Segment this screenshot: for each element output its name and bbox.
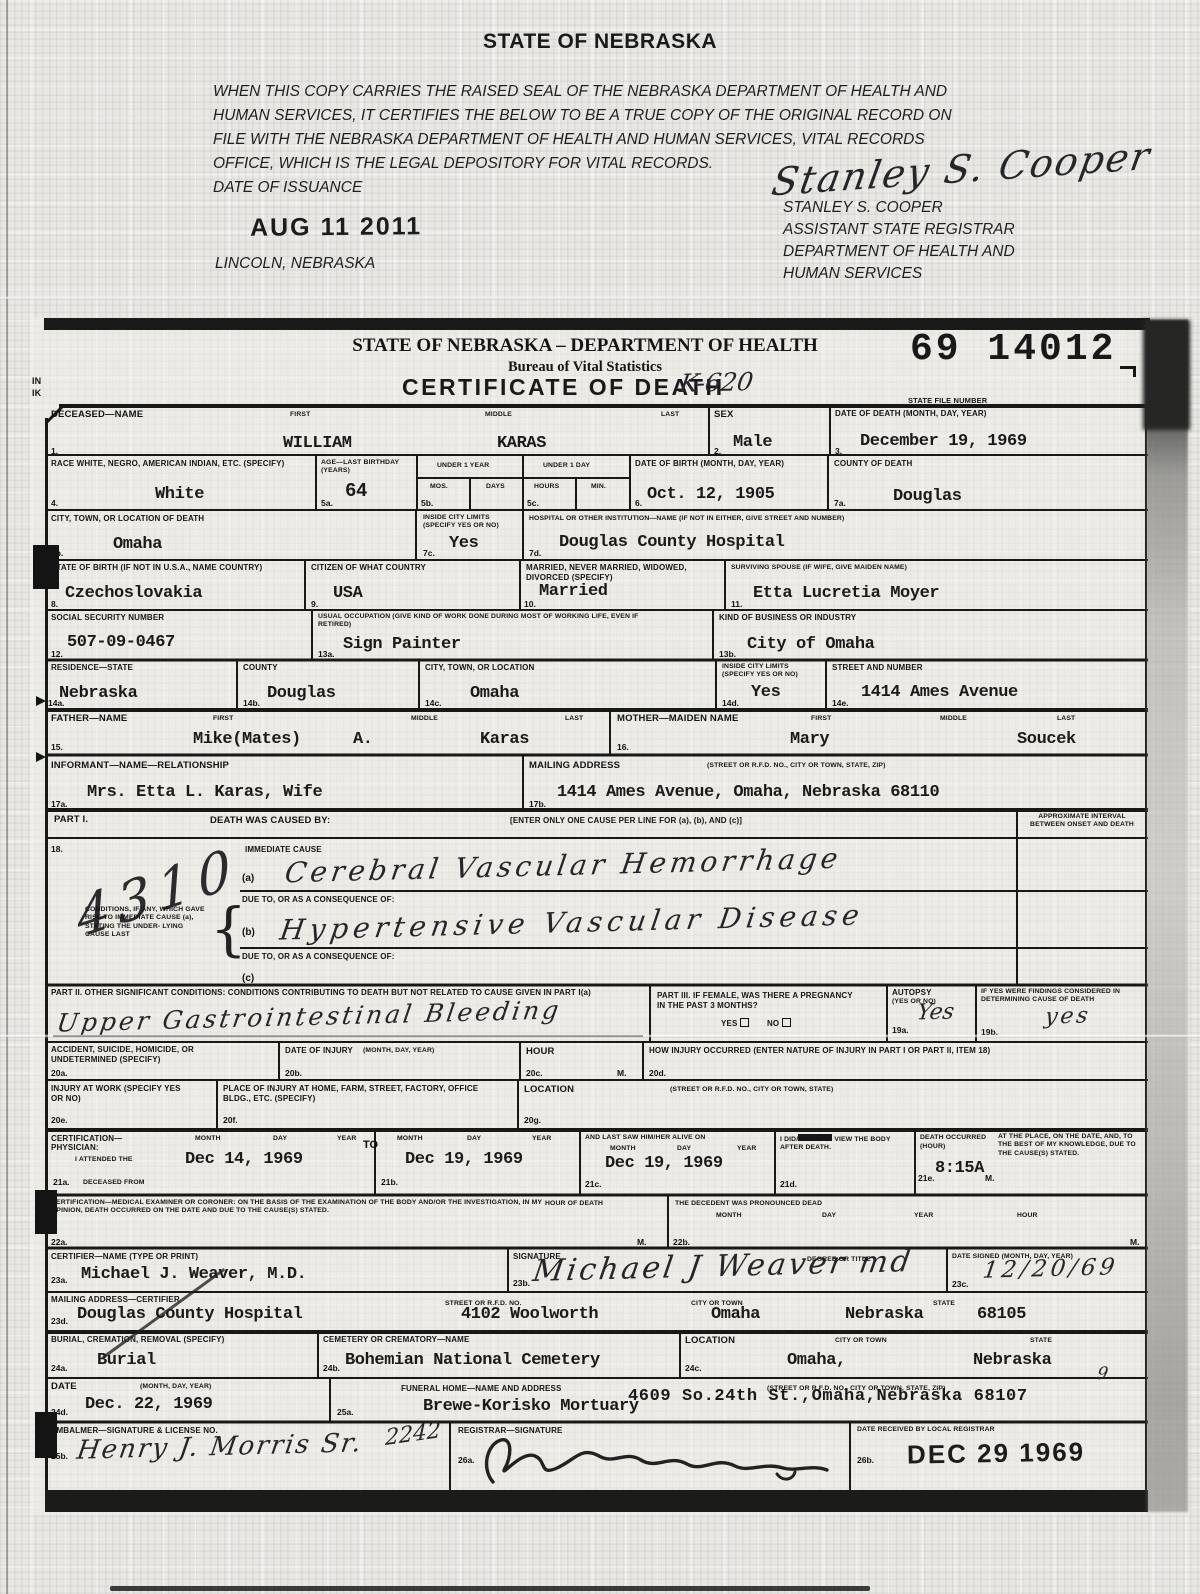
deceased-last-sublabel: LAST	[661, 411, 679, 419]
signer-name: STANLEY S. COOPER	[783, 197, 943, 219]
place-of-injury-num: 20f.	[223, 1116, 238, 1125]
state-of-birth-num: 8.	[51, 600, 58, 609]
hospital-value: Douglas County Hospital	[559, 534, 784, 551]
spouse-num: 11.	[731, 600, 742, 609]
part3-label: PART III. IF FEMALE, WAS THERE A PREGNAN…	[657, 991, 862, 1011]
mother-num: 16.	[617, 743, 629, 752]
certifier-mailing-label: MAILING ADDRESS—CERTIFIER	[51, 1295, 180, 1305]
attended-from-value: Dec 14, 1969	[185, 1151, 303, 1168]
residence-county-num: 14b.	[243, 699, 260, 708]
corner-tick-mark	[1120, 366, 1136, 377]
cp-num-c: 21c.	[585, 1180, 602, 1189]
signer-dept-1: DEPARTMENT OF HEALTH AND	[783, 241, 1015, 263]
due-to-label-2: DUE TO, OR AS A CONSEQUENCE OF:	[242, 952, 395, 962]
part1-enter-only-label: [ENTER ONLY ONE CAUSE PER LINE FOR (a), …	[510, 816, 742, 826]
date-of-death-label: DATE OF DEATH (MONTH, DAY, YEAR)	[835, 409, 987, 419]
cemetery-value: Bohemian National Cemetery	[345, 1352, 600, 1369]
me-num-a: 22a.	[51, 1238, 68, 1247]
last-saw-label: AND LAST SAW HIM/HER ALIVE ON	[585, 1134, 705, 1142]
date-signed-num: 23c.	[952, 1280, 969, 1289]
funeral-home-label: FUNERAL HOME—NAME AND ADDRESS	[401, 1384, 562, 1394]
certifier-state-label: STATE	[933, 1300, 955, 1308]
cp-num-e: 21e.	[918, 1174, 935, 1183]
inside-limits-num: 7c.	[423, 549, 435, 558]
certifier-name-value: Michael J. Weaver, M.D.	[81, 1266, 306, 1283]
cp-day-label-1: DAY	[273, 1135, 287, 1143]
location-sublabel: (STREET OR R.F.D. NO., CITY OR TOWN, STA…	[670, 1086, 833, 1094]
date-of-birth-value: Oct. 12, 1905	[647, 486, 774, 503]
embalmer-signature-script: Henry J. Morris Sr.	[75, 1430, 365, 1464]
part1-label: PART I.	[54, 814, 88, 826]
funeral-home-num: 25a.	[337, 1408, 354, 1417]
certificate-title: CERTIFICATE OF DEATH	[402, 374, 725, 401]
cp-month-label-2: MONTH	[397, 1135, 423, 1143]
father-middle-sublabel: MIDDLE	[411, 715, 438, 723]
registrar-num: 26a.	[458, 1456, 475, 1465]
burial-location-label: LOCATION	[685, 1335, 735, 1347]
findings-num: 19b.	[981, 1028, 998, 1037]
county-of-death-label: COUNTY OF DEATH	[834, 459, 912, 469]
mother-first-sublabel: FIRST	[811, 715, 831, 723]
me-day-label: DAY	[822, 1212, 836, 1220]
autopsy-handwritten: Yes	[915, 1001, 955, 1024]
pronounced-dead-label: THE DECEDENT WAS PRONOUNCED DEAD	[675, 1200, 822, 1208]
cemetery-num: 24b.	[323, 1364, 340, 1373]
father-last-sublabel: LAST	[565, 715, 583, 723]
inside-limits-value: Yes	[449, 535, 478, 552]
me-m2: M.	[1130, 1238, 1139, 1247]
cp-num-a: 21a.	[53, 1178, 70, 1187]
deceased-first-value: WILLIAM	[283, 435, 352, 452]
marital-label: MARRIED, NEVER MARRIED, WIDOWED, DIVORCE…	[526, 563, 696, 583]
last-saw-value: Dec 19, 1969	[605, 1155, 723, 1172]
no-checkbox	[782, 1018, 791, 1027]
residence-city-label: CITY, TOWN, OR LOCATION	[425, 663, 534, 673]
state-file-number-value: 69 14012	[910, 328, 1116, 371]
deceased-name-label: DECEASED—NAME	[51, 409, 143, 421]
due-to-label-1: DUE TO, OR AS A CONSEQUENCE OF:	[242, 895, 395, 905]
location-num: 20g.	[524, 1116, 541, 1125]
injury-date-num: 20b.	[285, 1069, 302, 1078]
father-first-value: Mike(Mates)	[193, 731, 301, 748]
informant-num: 17a.	[51, 800, 68, 809]
citizen-label: CITIZEN OF WHAT COUNTRY	[311, 563, 426, 573]
cp-day-label-2: DAY	[467, 1135, 481, 1143]
mother-last-value: Soucek	[1017, 731, 1076, 748]
me-year-label: YEAR	[914, 1212, 933, 1220]
ssn-label: SOCIAL SECURITY NUMBER	[51, 613, 164, 623]
certifier-street-value: 4102 Woolworth	[461, 1306, 598, 1323]
certifier-state-value: Nebraska	[845, 1306, 923, 1323]
date-received-num: 26b.	[857, 1456, 874, 1465]
certifier-mailing-num: 23d.	[51, 1317, 68, 1326]
sex-value: Male	[733, 434, 772, 451]
injury-at-work-num: 20e.	[51, 1116, 68, 1125]
mailing-address-num: 17b.	[529, 800, 546, 809]
residence-county-label: COUNTY	[243, 663, 278, 673]
scanned-death-certificate-page: STATE OF NEBRASKA WHEN THIS COPY CARRIES…	[0, 0, 1200, 1594]
injury-at-work-label: INJURY AT WORK (SPECIFY YES OR NO)	[51, 1084, 181, 1104]
father-middle-value: A.	[353, 731, 373, 748]
part1-interval-label: APPROXIMATE INTERVAL BETWEEN ONSET AND D…	[1021, 813, 1143, 830]
immediate-cause-label: IMMEDIATE CAUSE	[245, 845, 322, 855]
residence-street-num: 14e.	[832, 699, 849, 708]
scan-smudge-blob	[1143, 320, 1190, 430]
certifier-name-label: CERTIFIER—NAME (TYPE OR PRINT)	[51, 1252, 198, 1262]
accident-num: 20a.	[51, 1069, 68, 1078]
date-of-death-num: 3.	[835, 447, 842, 456]
view-body-text-1: I DID/	[780, 1136, 798, 1143]
ssn-value: 507-09-0467	[67, 634, 175, 651]
death-occurred-label: DEATH OCCURRED	[920, 1134, 986, 1142]
part3-yes-label: YES	[721, 1018, 749, 1029]
county-of-death-num: 7a.	[834, 499, 846, 508]
cp-num-b: 21b.	[381, 1178, 398, 1187]
city-of-death-value: Omaha	[113, 536, 162, 553]
left-arrow-mark-1	[36, 696, 46, 706]
industry-label: KIND OF BUSINESS OR INDUSTRY	[719, 613, 856, 623]
under-1-year-days-label: DAYS	[486, 483, 505, 491]
spouse-value: Etta Lucretia Moyer	[753, 585, 939, 602]
state-of-birth-value: Czechoslovakia	[65, 585, 202, 602]
father-label: FATHER—NAME	[51, 713, 127, 725]
cp-month-label-3: MONTH	[610, 1145, 636, 1153]
date-received-stamp: DEC 29 1969	[907, 1438, 1086, 1467]
handwritten-code: K-620	[678, 369, 755, 396]
cp-num-d: 21d.	[780, 1180, 797, 1189]
city-of-death-label: CITY, TOWN, OR LOCATION OF DEATH	[51, 514, 204, 524]
date-of-death-value: December 19, 1969	[860, 433, 1027, 450]
citizen-value: USA	[333, 585, 362, 602]
registrar-signature-scribble	[477, 1428, 837, 1488]
under-1-year-num: 5b.	[421, 499, 433, 508]
cemetery-label: CEMETERY OR CREMATORY—NAME	[323, 1335, 469, 1345]
findings-handwritten: yes	[1043, 1005, 1092, 1028]
burial-location-num: 24c.	[685, 1364, 702, 1373]
deceased-from-label: DECEASED FROM	[83, 1179, 145, 1187]
me-hour-label: HOUR	[1017, 1212, 1038, 1220]
sex-label: SEX	[714, 409, 733, 421]
citizen-num: 9.	[311, 600, 318, 609]
age-num: 5a.	[321, 499, 333, 508]
date-of-birth-num: 6.	[635, 499, 642, 508]
funeral-home-address: 4609 So.24th St.,Omaha,Nebraska 68107	[628, 1388, 1028, 1405]
certificate: STATE OF NEBRASKA – DEPARTMENT OF HEALTH…	[30, 318, 1190, 1515]
part3-yes-text: YES	[721, 1019, 737, 1028]
findings-label: IF YES WERE FINDINGS CONSIDERED IN DETER…	[981, 988, 1141, 1005]
at-the-place-text: AT THE PLACE, ON THE DATE, AND, TO THE B…	[998, 1133, 1144, 1158]
spouse-label: SURVIVING SPOUSE (IF WIFE, GIVE MAIDEN N…	[731, 564, 907, 572]
page-title: STATE OF NEBRASKA	[0, 30, 1200, 54]
cp-hour-m: M.	[985, 1174, 994, 1183]
burial-state-value: Nebraska	[973, 1352, 1051, 1369]
mother-first-value: Mary	[790, 731, 829, 748]
scan-smudge-band	[1146, 320, 1188, 1512]
injury-date-label: DATE OF INJURY	[285, 1046, 353, 1056]
sex-num: 2.	[714, 447, 721, 456]
residence-state-label: RESIDENCE—STATE	[51, 663, 133, 673]
signer-title: ASSISTANT STATE REGISTRAR	[783, 219, 1015, 241]
death-hour-value: 8:15A	[935, 1160, 984, 1177]
certifier-zip-value: 68105	[977, 1306, 1026, 1323]
cp-year-label-1: YEAR	[337, 1135, 356, 1143]
part3-no-text: NO	[767, 1019, 779, 1028]
under-1-year-mos-label: MOS.	[430, 483, 448, 491]
mailing-address-sublabel: (STREET OR R.F.D. NO., CITY OR TOWN, STA…	[707, 762, 886, 770]
cause-c-tag: (c)	[242, 974, 254, 984]
conditions-note: CONDITIONS, IF ANY, WHICH GAVE RISE TO I…	[85, 906, 205, 940]
cp-year-label-2: YEAR	[532, 1135, 551, 1143]
race-value: White	[155, 486, 204, 503]
form-table: DECEASED—NAME FIRST MIDDLE LAST 1. WILLI…	[45, 404, 1148, 1514]
left-arrow-mark-2	[36, 752, 46, 762]
inside-limits-label: INSIDE CITY LIMITS (SPECIFY YES OR NO)	[423, 514, 518, 531]
hour-of-death-label: HOUR OF DEATH	[545, 1200, 603, 1208]
injury-hour-m: M.	[617, 1069, 626, 1078]
under-1-day-min-label: MIN.	[591, 483, 606, 491]
occupation-label: USUAL OCCUPATION (GIVE KIND OF WORK DONE…	[318, 613, 648, 630]
date-received-label: DATE RECEIVED BY LOCAL REGISTRAR	[857, 1426, 995, 1434]
county-of-death-value: Douglas	[893, 488, 962, 505]
marital-value: Married	[539, 583, 608, 600]
department-title: STATE OF NEBRASKA – DEPARTMENT OF HEALTH	[235, 335, 935, 357]
how-injury-label: HOW INJURY OCCURRED (ENTER NATURE OF INJ…	[649, 1046, 990, 1056]
binder-tab-3	[35, 1412, 57, 1458]
issuance-date-stamp: AUG 11 2011	[250, 214, 422, 241]
medical-examiner-text: CERTIFICATION—MEDICAL EXAMINER OR CORONE…	[51, 1199, 551, 1216]
father-last-value: Karas	[480, 731, 529, 748]
date-of-birth-label: DATE OF BIRTH (MONTH, DAY, YEAR)	[635, 459, 805, 469]
burial-num: 24a.	[51, 1364, 68, 1373]
funeral-home-name: Brewe-Korisko Mortuary	[423, 1398, 639, 1415]
residence-county-value: Douglas	[267, 685, 336, 702]
date-signed-handwritten: 12/20/69	[981, 1256, 1120, 1283]
mother-middle-sublabel: MIDDLE	[940, 715, 967, 723]
degree-or-title-label: DEGREE OR TITLE	[807, 1256, 871, 1264]
scan-left-edge	[6, 0, 8, 1594]
autopsy-num: 19a.	[892, 1026, 909, 1035]
burial-label: BURIAL, CREMATION, REMOVAL (SPECIFY)	[51, 1335, 231, 1345]
view-body-label: I DID/ VIEW THE BODY AFTER DEATH.	[780, 1134, 910, 1153]
certifier-mailing-value: Douglas County Hospital	[77, 1306, 302, 1323]
mailing-address-label: MAILING ADDRESS	[529, 760, 620, 772]
injury-hour-label: HOUR	[526, 1046, 555, 1058]
occupation-value: Sign Painter	[343, 636, 461, 653]
in-ink-note-2: IK	[32, 388, 41, 399]
under-1-day-num: 5c.	[527, 499, 539, 508]
hospital-label: HOSPITAL OR OTHER INSTITUTION—NAME (IF N…	[529, 515, 844, 523]
residence-city-value: Omaha	[470, 685, 519, 702]
binder-tab-1	[33, 545, 59, 589]
death-occurred-hour-sublabel: (HOUR)	[920, 1143, 945, 1151]
race-num: 4.	[51, 499, 58, 508]
injury-date-sublabel: (MONTH, DAY, YEAR)	[363, 1047, 434, 1055]
in-ink-note-1: IN	[32, 376, 41, 387]
signer-dept-2: HUMAN SERVICES	[783, 263, 922, 285]
residence-limits-num: 14d.	[722, 699, 739, 708]
under-1-day-hours-label: HOURS	[534, 483, 559, 491]
father-first-sublabel: FIRST	[213, 715, 233, 723]
ssn-num: 12.	[51, 650, 63, 659]
part3-no-label: NO	[767, 1018, 791, 1029]
age-value: 64	[345, 482, 367, 501]
part1-caused-by-label: DEATH WAS CAUSED BY:	[210, 815, 330, 827]
race-label: RACE WHITE, NEGRO, AMERICAN INDIAN, ETC.…	[51, 459, 306, 469]
autopsy-label: AUTOPSY	[892, 988, 932, 998]
burial-city-label: CITY OR TOWN	[835, 1337, 887, 1345]
me-num-b: 22b.	[673, 1238, 690, 1247]
place-of-injury-label: PLACE OF INJURY AT HOME, FARM, STREET, F…	[223, 1084, 508, 1104]
injury-hour-num: 20c.	[526, 1069, 543, 1078]
how-injury-num: 20d.	[649, 1069, 666, 1078]
location-label: LOCATION	[524, 1084, 574, 1096]
mailing-address-value: 1414 Ames Avenue, Omaha, Nebraska 68110	[557, 784, 939, 801]
residence-street-label: STREET AND NUMBER	[832, 663, 923, 673]
residence-limits-value: Yes	[751, 684, 780, 701]
burial-state-label: STATE	[1030, 1337, 1052, 1345]
binder-tab-2	[35, 1190, 57, 1234]
residence-city-num: 14c.	[425, 699, 442, 708]
deceased-middle-value: KARAS	[497, 435, 546, 452]
state-of-birth-label: STATE OF BIRTH (IF NOT IN U.S.A., NAME C…	[51, 563, 281, 573]
part1-num: 18.	[51, 845, 63, 854]
residence-street-value: 1414 Ames Avenue	[861, 684, 1018, 701]
occupation-num: 13a.	[318, 650, 335, 659]
industry-num: 13b.	[719, 650, 736, 659]
burial-date-sublabel: (MONTH, DAY, YEAR)	[140, 1383, 211, 1391]
burial-city-value: Omaha,	[787, 1352, 846, 1369]
residence-limits-label: INSIDE CITY LIMITS (SPECIFY YES OR NO)	[722, 663, 820, 680]
me-month-label: MONTH	[716, 1212, 742, 1220]
yes-checkbox	[740, 1018, 749, 1027]
mother-label: MOTHER—MAIDEN NAME	[617, 713, 738, 725]
burial-date-value: Dec. 22, 1969	[85, 1396, 212, 1413]
father-num: 15.	[51, 743, 63, 752]
mother-last-sublabel: LAST	[1057, 715, 1075, 723]
deceased-num: 1.	[51, 447, 58, 456]
marital-num: 10.	[524, 600, 536, 609]
issuance-city: LINCOLN, NEBRASKA	[215, 252, 375, 276]
cause-b-tag: (b)	[242, 928, 255, 938]
accident-label: ACCIDENT, SUICIDE, HOMICIDE, OR UNDETERM…	[51, 1045, 251, 1065]
certifier-city-value: Omaha	[711, 1306, 760, 1323]
informant-value: Mrs. Etta L. Karas, Wife	[87, 784, 322, 801]
hospital-num: 7d.	[529, 549, 541, 558]
informant-label: INFORMANT—NAME—RELATIONSHIP	[51, 760, 229, 772]
cp-year-label-3: YEAR	[737, 1145, 756, 1153]
deceased-first-sublabel: FIRST	[290, 411, 310, 419]
date-of-issuance-label: DATE OF ISSUANCE	[213, 176, 362, 200]
physician-label: PHYSICIAN:	[51, 1143, 99, 1153]
me-m: M.	[637, 1238, 646, 1247]
cp-day-label-3: DAY	[677, 1145, 691, 1153]
certifier-num: 23a.	[51, 1276, 68, 1285]
cp-month-label-1: MONTH	[195, 1135, 221, 1143]
cause-a-tag: (a)	[242, 874, 254, 884]
under-1-year-label: UNDER 1 YEAR	[437, 462, 489, 470]
to-label: TO	[363, 1140, 378, 1151]
redaction-mark	[798, 1134, 832, 1141]
under-1-day-label: UNDER 1 DAY	[543, 462, 590, 470]
residence-state-value: Nebraska	[59, 685, 137, 702]
age-label: AGE—LAST BIRTHDAY (YEARS)	[321, 459, 413, 476]
industry-value: City of Omaha	[747, 636, 874, 653]
scan-bottom-edge-line	[110, 1586, 870, 1591]
certifier-sig-num: 23b.	[513, 1279, 530, 1288]
deceased-middle-sublabel: MIDDLE	[485, 411, 512, 419]
burial-date-label: DATE	[51, 1381, 77, 1393]
attended-label: I ATTENDED THE	[75, 1156, 133, 1164]
attended-to-value: Dec 19, 1969	[405, 1151, 523, 1168]
